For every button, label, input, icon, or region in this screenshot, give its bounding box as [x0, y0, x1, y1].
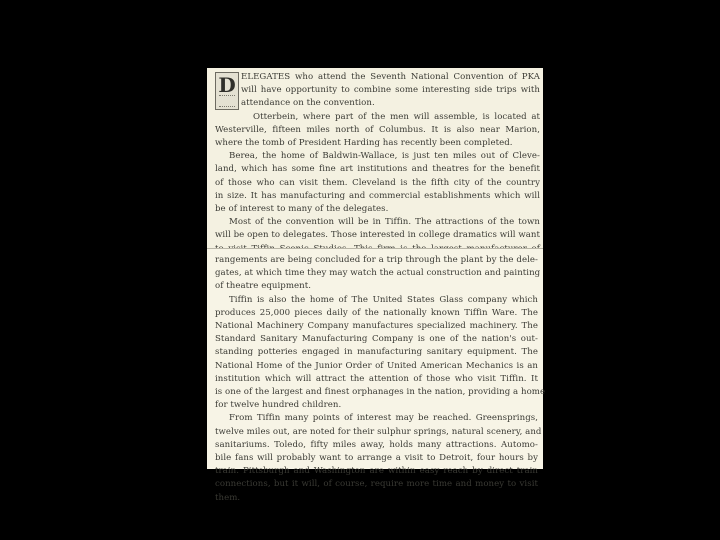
text-line: Otterbein, where part of the men will as… — [215, 111, 540, 124]
text-line: Standard Sanitary Manufacturing Company … — [215, 333, 538, 346]
text-line: rangements are being concluded for a tri… — [215, 254, 538, 267]
text-line: gates, at which time they may watch the … — [215, 267, 538, 280]
text-line: Berea, the home of Baldwin-Wallace, is j… — [215, 150, 540, 163]
text-line: National Machinery Company manufactures … — [215, 320, 538, 333]
text-line: for twelve hundred children. — [215, 399, 538, 412]
paragraph-arrangements: rangements are being concluded for a tri… — [215, 254, 538, 294]
page-bottom-section: rangements are being concluded for a tri… — [207, 249, 543, 469]
text-line: bile fans will probably want to arrange … — [215, 452, 538, 465]
text-line: where the tomb of President Harding has … — [215, 137, 540, 150]
text-line: is one of the largest and finest orphana… — [215, 386, 538, 399]
text-line: Tiffin is also the home of The United St… — [215, 294, 538, 307]
text-line: From Tiffin many points of interest may … — [215, 412, 538, 425]
text-line: will have opportunity to combine some in… — [215, 84, 540, 97]
text-line: train. Pittsburgh and Washington are wit… — [215, 465, 538, 478]
bottom-text-block: rangements are being concluded for a tri… — [215, 254, 538, 505]
text-line: standing potteries engaged in manufactur… — [215, 346, 538, 359]
text-line: twelve miles out, are noted for their su… — [215, 426, 538, 439]
text-line: institution which will attract the atten… — [215, 373, 538, 386]
scanned-page: D ELEGATES who attend the Seventh Nation… — [207, 68, 543, 469]
text-line: Westerville, fifteen miles north of Colu… — [215, 124, 540, 137]
text-line: National Home of the Junior Order of Uni… — [215, 360, 538, 373]
text-line: sanitariums. Toledo, fifty miles away, h… — [215, 439, 538, 452]
paragraph-intro: ELEGATES who attend the Seventh National… — [215, 71, 540, 111]
text-line: will be open to delegates. Those interes… — [215, 229, 540, 242]
text-line: of those who can visit them. Cleveland i… — [215, 177, 540, 190]
text-line: produces 25,000 pieces daily of the nati… — [215, 307, 538, 320]
paragraph-points-of-interest: From Tiffin many points of interest may … — [215, 412, 538, 504]
text-line: attendance on the convention. — [215, 97, 540, 110]
text-line: be of interest to many of the delegates. — [215, 203, 540, 216]
text-line: in size. It has manufacturing and commer… — [215, 190, 540, 203]
paragraph-berea: Berea, the home of Baldwin-Wallace, is j… — [215, 150, 540, 216]
page-top-section: D ELEGATES who attend the Seventh Nation… — [207, 68, 543, 248]
text-line: ELEGATES who attend the Seventh National… — [215, 71, 540, 84]
paragraph-tiffin-industry: Tiffin is also the home of The United St… — [215, 294, 538, 413]
text-line: connections, but it will, of course, req… — [215, 478, 538, 491]
text-line: of theatre equipment. — [215, 280, 538, 293]
text-line: land, which has some fine art institutio… — [215, 163, 540, 176]
text-line: Most of the convention will be in Tiffin… — [215, 216, 540, 229]
text-line: them. — [215, 492, 538, 505]
paragraph-otterbein: Otterbein, where part of the men will as… — [215, 111, 540, 151]
